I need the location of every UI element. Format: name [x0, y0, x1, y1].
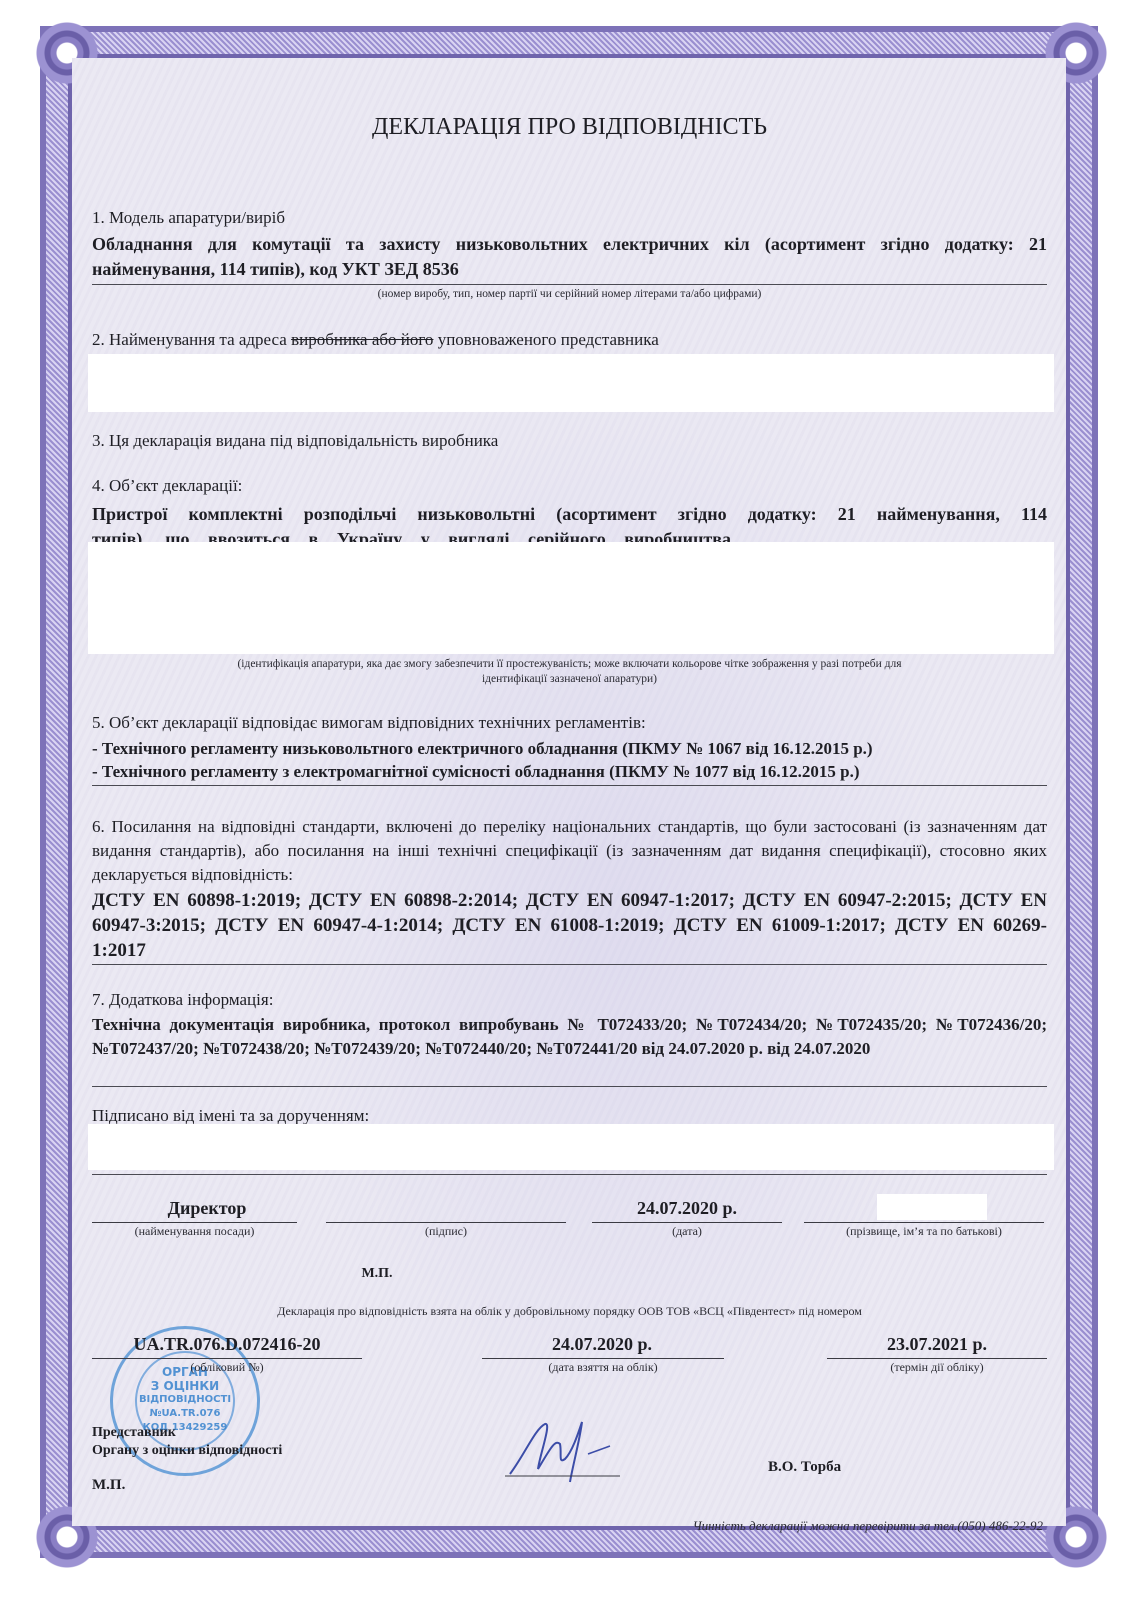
stamp-line: ВІДПОВІДНОСТІ [113, 1393, 257, 1407]
representative-seal: М.П. [92, 1476, 125, 1494]
redacted-block [88, 1124, 1054, 1170]
signed-label: Підписано від імені та за дорученням: [92, 1106, 369, 1126]
signature-caption: (підпис) [326, 1224, 566, 1239]
section5-label: 5. Об’єкт декларації відповідає вимогам … [92, 713, 646, 733]
signature-line [326, 1222, 566, 1223]
registration-date-line [482, 1358, 724, 1359]
registration-number-caption: (обліковий №) [92, 1360, 362, 1375]
registration-validity-caption: (термін дії обліку) [827, 1360, 1047, 1375]
section7-value: Технічна документація виробника, протоко… [92, 1013, 1047, 1061]
representative-line2: Органу з оцінки відповідності [92, 1442, 282, 1460]
seal-mark: М.П. [347, 1266, 407, 1282]
redacted-name [877, 1194, 987, 1220]
registration-date-caption: (дата взяття на облік) [482, 1360, 724, 1375]
handwritten-signature-icon [500, 1414, 620, 1484]
section2-label-prefix: 2. Найменування та адреса [92, 330, 291, 349]
position-caption: (найменування посади) [92, 1224, 297, 1239]
divider [92, 284, 1047, 285]
signed-date-caption: (дата) [592, 1224, 782, 1239]
section7-label: 7. Додаткова інформація: [92, 990, 273, 1010]
stamp-line: З ОЦІНКИ [113, 1379, 257, 1393]
verification-note: Чинність декларації можна перевірити за … [693, 1518, 1043, 1534]
redacted-block [88, 354, 1054, 412]
name-caption: (прізвище, ім’я та по батькові) [804, 1224, 1044, 1239]
section1-caption: (номер виробу, тип, номер партії чи сері… [92, 288, 1047, 300]
name-line [804, 1222, 1044, 1223]
section3-label: 3. Ця декларація видана під відповідальн… [92, 431, 498, 451]
signed-date-value: 24.07.2020 р. [592, 1198, 782, 1219]
divider [92, 1174, 1047, 1175]
position-value: Директор [112, 1198, 302, 1219]
section2-label-suffix: уповноваженого представника [433, 330, 658, 349]
declaration-sheet: ДЕКЛАРАЦІЯ ПРО ВІДПОВІДНІСТЬ 1. Модель а… [72, 58, 1066, 1526]
section5-item: - Технічного регламенту з електромагнітн… [92, 759, 1047, 784]
signed-date-line [592, 1222, 782, 1223]
registration-date-value: 24.07.2020 р. [482, 1334, 722, 1355]
section2-label: 2. Найменування та адреса виробника або … [92, 330, 659, 350]
position-line [92, 1222, 297, 1223]
registration-number-value: UA.TR.076.D.072416-20 [102, 1334, 352, 1355]
representative-line1: Представник [92, 1424, 176, 1442]
section2-label-struck: виробника або його [291, 330, 433, 349]
section1-value: Обладнання для комутації та захисту низь… [92, 232, 1047, 282]
section1-label: 1. Модель апаратури/виріб [92, 208, 285, 228]
representative-name: В.О. Торба [768, 1458, 841, 1476]
registration-validity-line [827, 1358, 1047, 1359]
stamp-line: №UA.TR.076 [113, 1407, 257, 1421]
section6-value: ДСТУ EN 60898-1:2019; ДСТУ EN 60898-2:20… [92, 888, 1047, 963]
divider [92, 785, 1047, 786]
divider [92, 1086, 1047, 1087]
document-title: ДЕКЛАРАЦІЯ ПРО ВІДПОВІДНІСТЬ [92, 114, 1047, 141]
section4-label: 4. Об’єкт декларації: [92, 476, 242, 496]
registration-statement: Декларація про відповідність взята на об… [92, 1304, 1047, 1319]
section6-label: 6. Посилання на відповідні стандарти, вк… [92, 815, 1047, 887]
divider [92, 964, 1047, 965]
section5-item: - Технічного регламенту низьковольтного … [92, 736, 1047, 761]
section4-caption-line2: ідентифікації зазначеної апаратури) [92, 673, 1047, 685]
redacted-block [88, 542, 1054, 654]
registration-validity-value: 23.07.2021 р. [827, 1334, 1047, 1355]
registration-number-line [92, 1358, 362, 1359]
section4-caption-line1: (ідентифікація апаратури, яка дає змогу … [92, 658, 1047, 670]
